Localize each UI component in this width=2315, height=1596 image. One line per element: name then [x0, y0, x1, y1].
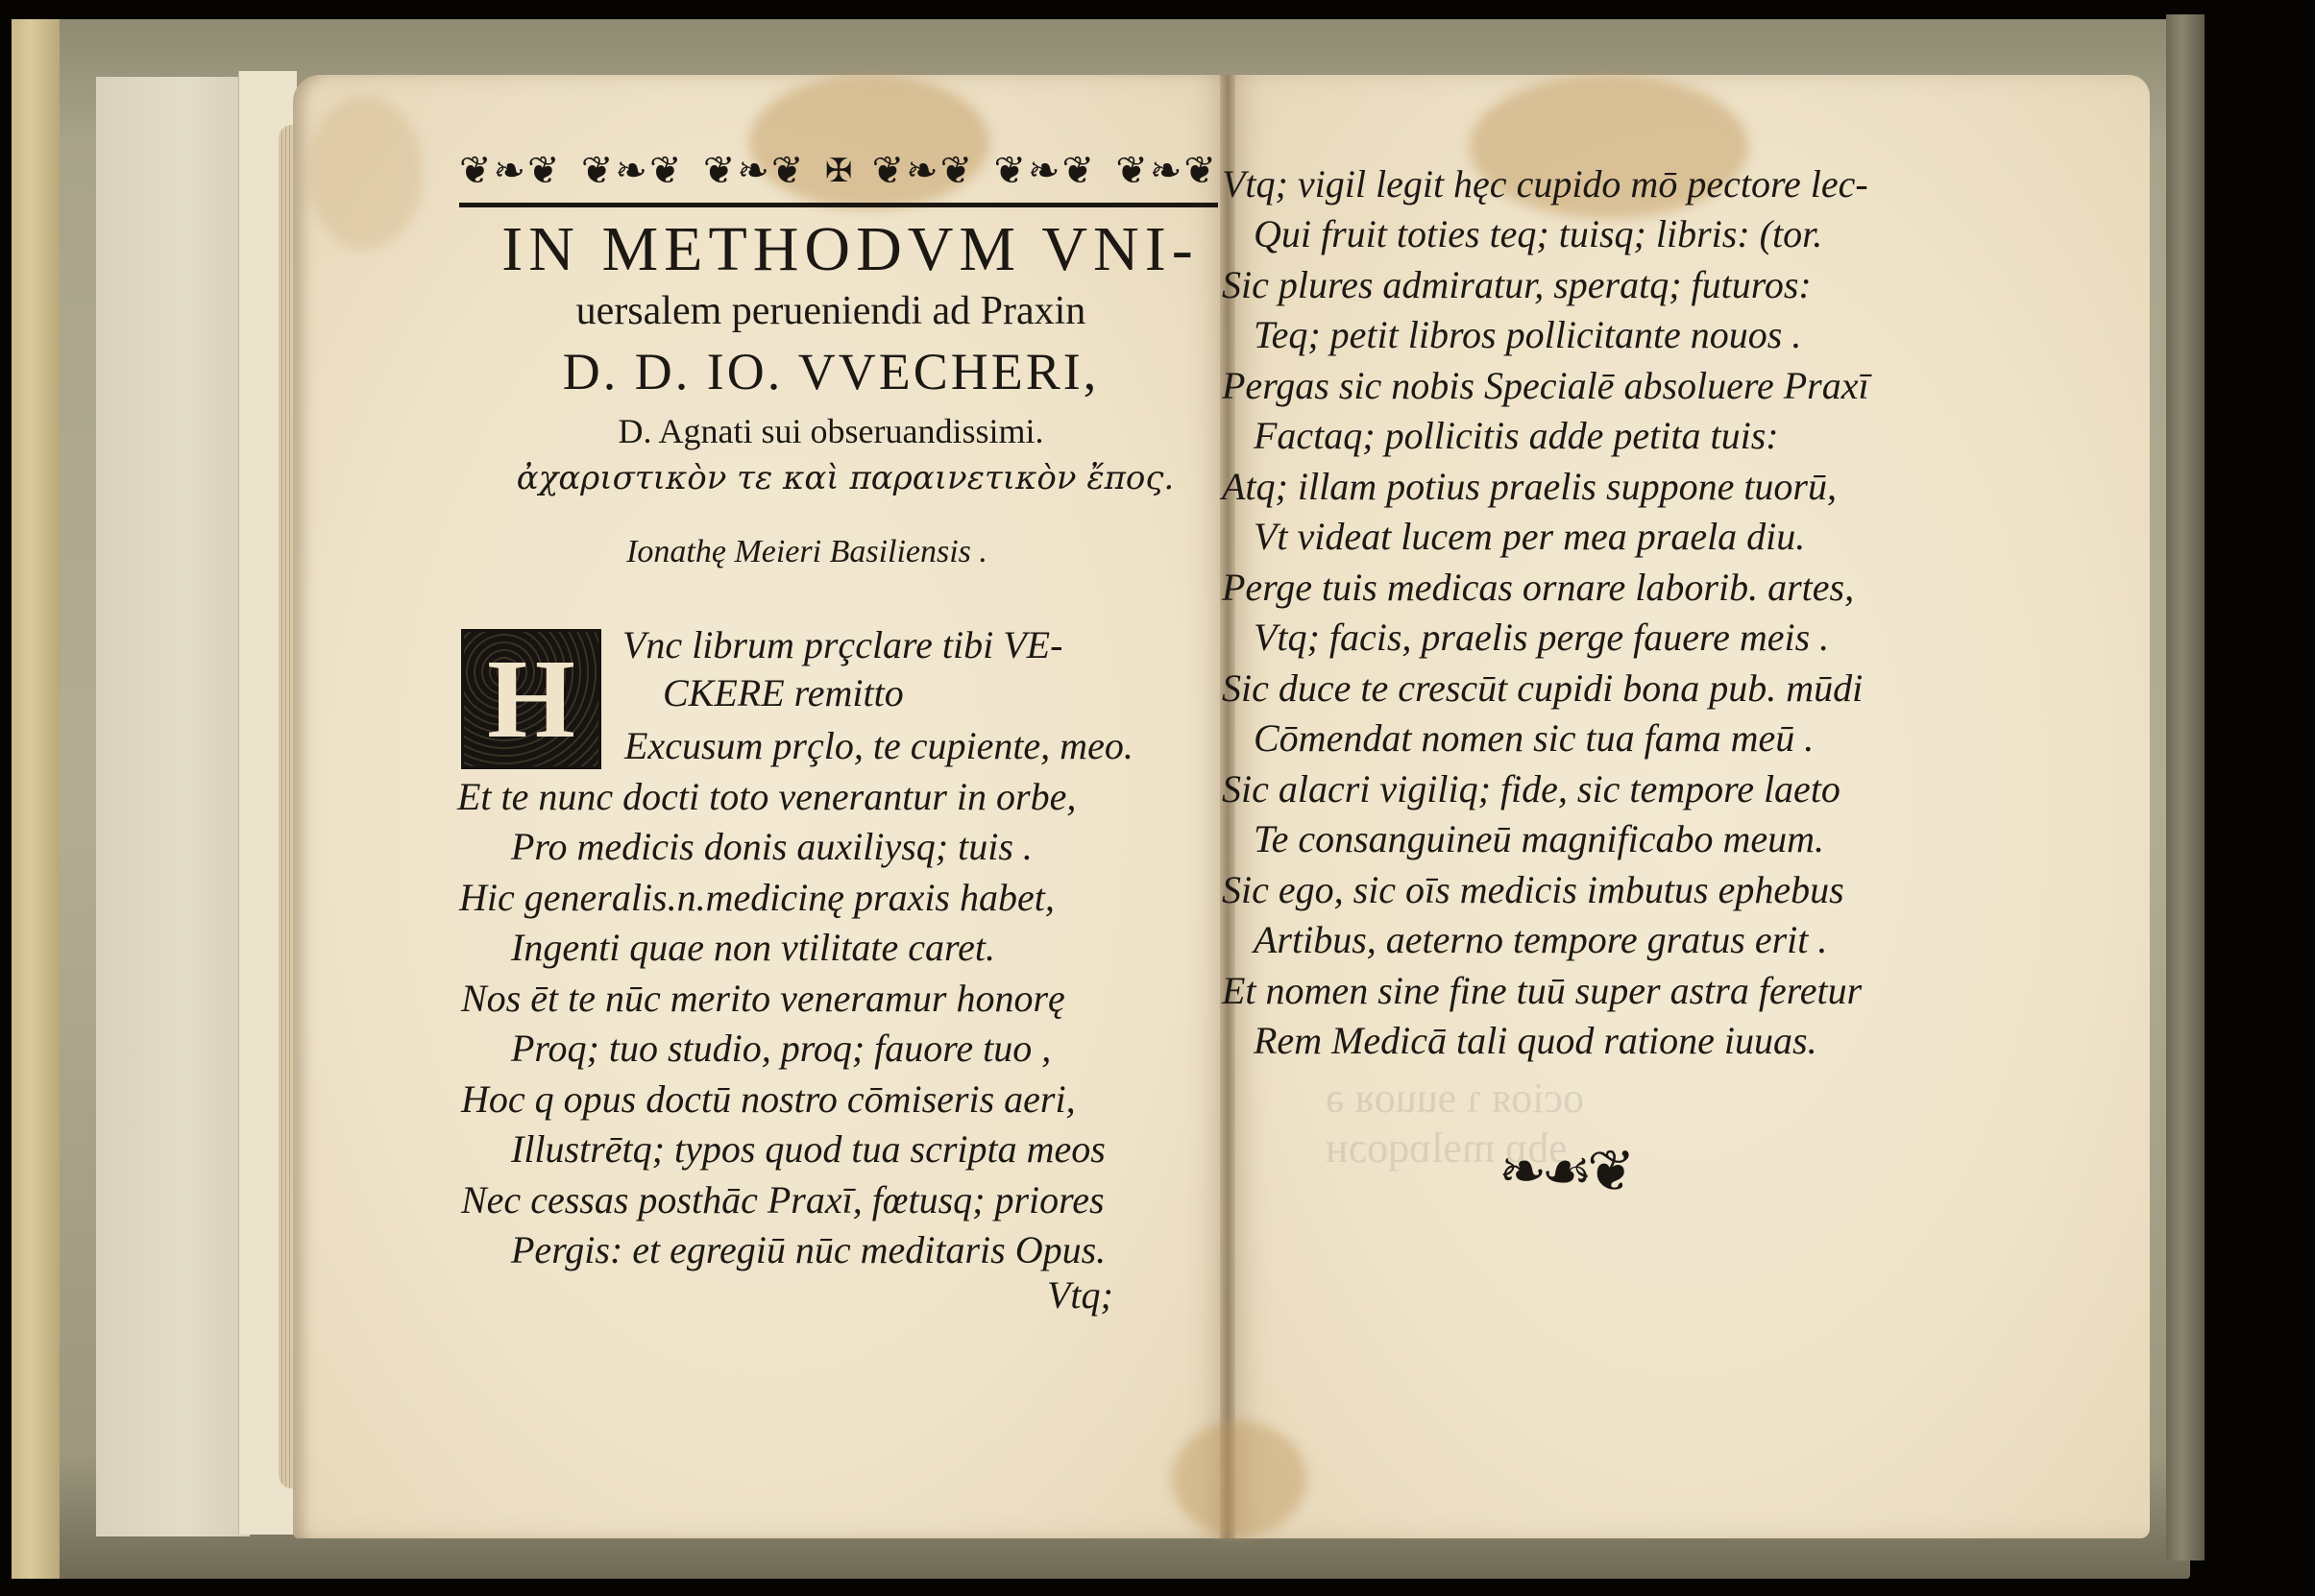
verse-line: CKERE remitto — [663, 674, 904, 713]
verse-line: Vtq; vigil legit hęc cupido mō pectore l… — [1222, 165, 1868, 204]
verse-line: Hoc q opus doctū nostro cōmiseris aeri, — [461, 1080, 1076, 1119]
floral-ornament-icon: ❦❧❦ — [703, 149, 806, 193]
title-line-4: D. Agnati sui obseruandissimi. — [471, 411, 1191, 451]
verse-line: Rem Medicā tali quod ratione iuuas. — [1254, 1022, 1817, 1060]
verse-line: Sic plures admiratur, speratq; futuros: — [1222, 266, 1812, 304]
verse-line: Te consanguineū magnificabo meum. — [1254, 820, 1824, 858]
catchword: Vtq; — [1047, 1272, 1113, 1318]
verse-line: Artibus, aeterno tempore gratus erit . — [1254, 921, 1827, 959]
show-through-text: ocioᴙ ɿ ɘuuoᴚ ə — [1326, 1074, 1584, 1123]
author-line: Ionathę Meieri Basiliensis . — [471, 534, 1143, 570]
floral-ornament-icon: ❦❧❦ — [1115, 149, 1218, 193]
floral-ornament-icon: ❦❧❦ — [459, 149, 562, 193]
verse-line: Proq; tuo studio, proq; fauore tuo , — [511, 1029, 1051, 1068]
initial-letter: H — [487, 642, 575, 756]
verse-line: Illustrētq; typos quod tua scripta meos — [511, 1130, 1106, 1169]
verse-line: Ingenti quae non vtilitate caret. — [511, 929, 995, 967]
headpiece-ornament: ❦❧❦ ❦❧❦ ❦❧❦ ✠ ❦❧❦ ❦❧❦ ❦❧❦ — [459, 146, 1218, 196]
verse-line: Perge tuis medicas ornare laborib. artes… — [1222, 568, 1854, 607]
greek-subtitle: ἀχαριστικὸν τε καὶ παραινετικὸν ἔπος. — [471, 459, 1220, 497]
verse-line: Et te nunc docti toto venerantur in orbe… — [457, 778, 1076, 816]
verse-line: Nos ēt te nūc merito veneramur honorę — [461, 979, 1065, 1018]
verse-line: Sic ego, sic oīs medicis imbutus ephebus — [1222, 871, 1844, 909]
verse-line: Qui fruit toties teq; tuisq; libris: (to… — [1254, 215, 1822, 254]
floral-ornament-icon: ❦❧❦ — [581, 149, 684, 193]
verse-line: Teq; petit libros pollicitante nouos . — [1254, 316, 1801, 354]
verse-line: Vt videat lucem per mea praela diu. — [1254, 518, 1805, 556]
fleuron-tailpiece-icon: ❧☙❦ — [1499, 1138, 1629, 1205]
decorated-initial: H — [461, 629, 601, 769]
verse-line: Cōmendat nomen sic tua fama meū . — [1254, 719, 1814, 758]
header-rule — [459, 203, 1218, 207]
verse-line: Nec cessas posthāc Praxī, fœtusq; priore… — [461, 1181, 1105, 1220]
verse-line: Vtq; facis, praelis perge fauere meis . — [1254, 618, 1829, 657]
floral-ornament-icon: ❦❧❦ — [993, 149, 1096, 193]
floral-ornament-icon: ❦❧❦ — [872, 149, 975, 193]
verse-line: Et nomen sine fine tuū super astra feret… — [1222, 972, 1862, 1010]
cover-turn-in-right — [2166, 14, 2205, 1560]
verse-line: Hic generalis.n.medicinę praxis habet, — [459, 879, 1055, 917]
verse-line: Pro medicis donis auxiliysq; tuis . — [511, 828, 1033, 866]
title-line-1: IN METHODVM VNI- — [471, 213, 1230, 286]
cover-turn-in-left — [12, 19, 60, 1579]
stain-top-left-corner — [307, 96, 423, 250]
verse-line: Excusum prçlo, te cupiente, meo. — [624, 727, 1133, 765]
title-line-2: uersalem perueniendi ad Praxin — [471, 288, 1191, 334]
verse-line: Sic duce te crescūt cupidi bona pub. mūd… — [1222, 669, 1863, 708]
flyleaf — [96, 77, 250, 1536]
cross-icon: ✠ — [825, 152, 853, 190]
verse-line: Atq; illam potius praelis suppone tuorū, — [1222, 468, 1837, 506]
verse-line: Pergas sic nobis Specialē absoluere Prax… — [1222, 367, 1869, 405]
verse-line: Vnc librum prçclare tibi VE- — [622, 626, 1062, 665]
verse-line: Factaq; pollicitis adde petita tuis: — [1254, 417, 1779, 455]
stain-bottom-gutter — [1172, 1421, 1306, 1536]
title-line-3: D. D. IO. VVECHERI, — [471, 342, 1191, 401]
verse-line: Pergis: et egregiū nūc meditaris Opus. — [511, 1231, 1106, 1270]
verse-line: Sic alacri vigiliq; fide, sic tempore la… — [1222, 770, 1840, 809]
